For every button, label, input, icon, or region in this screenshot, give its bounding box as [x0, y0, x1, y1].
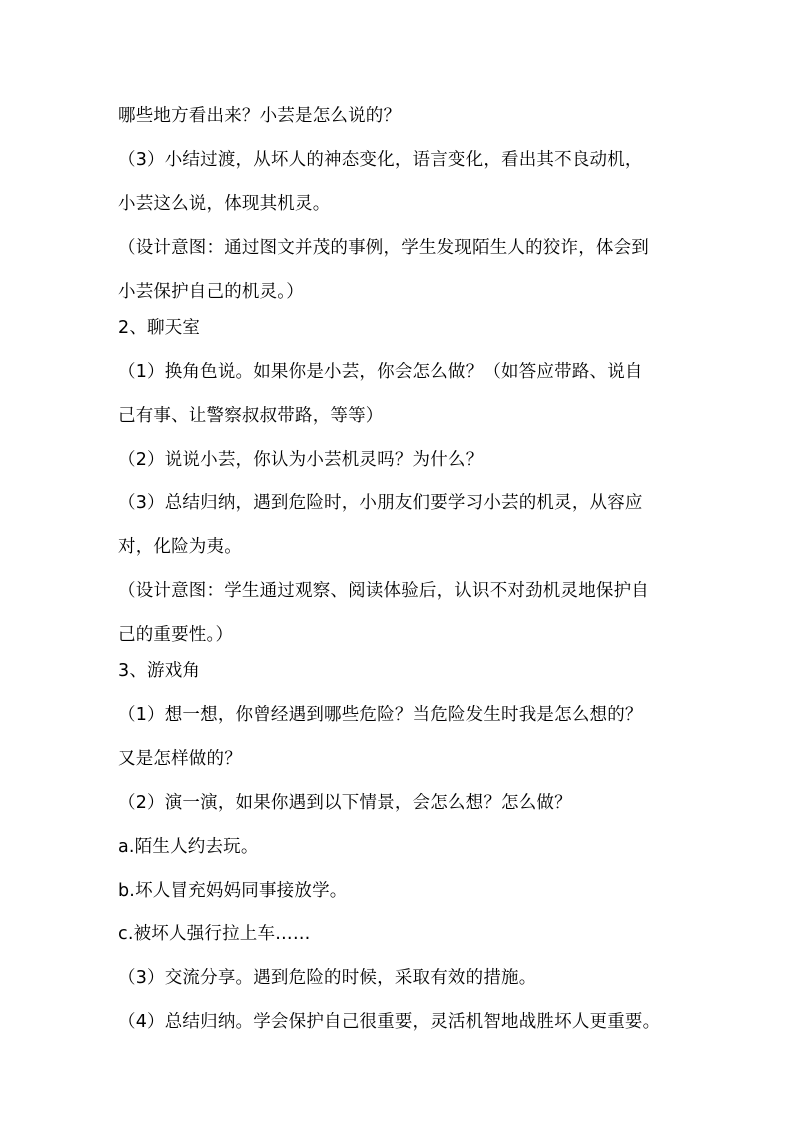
paragraph-line: （4）总结归纳。学会保护自己很重要，灵活机智地战胜坏人更重要。	[118, 1010, 660, 1034]
section-heading: 3、游戏角	[118, 659, 200, 683]
paragraph-line: （2）演一演，如果你遇到以下情景，会怎么想？怎么做？	[118, 791, 572, 815]
paragraph-line: （3）总结归纳，遇到危险时，小朋友们要学习小芸的机灵，从容应	[118, 491, 643, 515]
design-intent-line: 小芸保护自己的机灵。）	[118, 280, 304, 304]
list-item: c.被坏人强行拉上车……	[118, 922, 311, 946]
paragraph-line: 小芸这么说，体现其机灵。	[118, 192, 330, 216]
paragraph-line: （3）交流分享。遇到危险的时候，采取有效的措施。	[118, 966, 536, 990]
paragraph-line: 又是怎样做的？	[118, 747, 242, 771]
paragraph-line: 哪些地方看出来？小芸是怎么说的？	[118, 104, 401, 128]
paragraph-line: （1）想一想，你曾经遇到哪些危险？当危险发生时我是怎么想的？	[118, 703, 643, 727]
section-heading: 2、聊天室	[118, 316, 200, 340]
paragraph-line: 对，化险为夷。	[118, 535, 242, 559]
paragraph-line: （2）说说小芸，你认为小芸机灵吗？为什么？	[118, 448, 483, 472]
paragraph-line: 己有事、让警察叔叔带路，等等）	[118, 404, 384, 428]
paragraph-line: （1）换角色说。如果你是小芸，你会怎么做？（如答应带路、说自	[118, 360, 643, 384]
document-page: 哪些地方看出来？小芸是怎么说的？ （3）小结过渡，从坏人的神态变化，语言变化，看…	[0, 0, 793, 1122]
design-intent-line: （设计意图：学生通过观察、阅读体验后，认识不对劲机灵地保护自	[118, 579, 649, 603]
list-item: b.坏人冒充妈妈同事接放学。	[118, 879, 347, 903]
paragraph-line: （3）小结过渡，从坏人的神态变化，语言变化，看出其不良动机，	[118, 148, 643, 172]
list-item: a.陌生人约去玩。	[118, 835, 259, 859]
design-intent-line: 己的重要性。）	[118, 623, 233, 647]
design-intent-line: （设计意图：通过图文并茂的事例，学生发现陌生人的狡诈，体会到	[118, 236, 649, 260]
